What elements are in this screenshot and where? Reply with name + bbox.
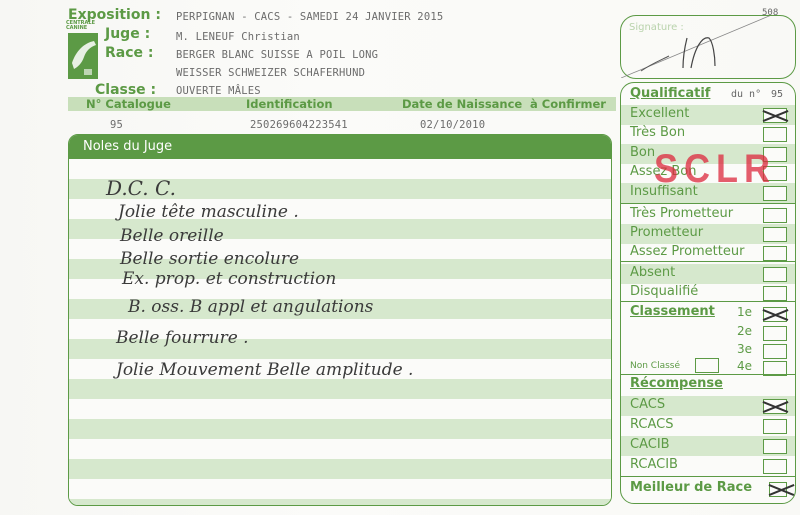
notes-header: Noles du Juge <box>69 135 611 159</box>
qualificatif-checkbox[interactable] <box>763 267 787 282</box>
recompense-row: CACIB <box>621 436 795 456</box>
meilleur-de-race-row: Meilleur de Race <box>621 479 795 499</box>
race-value-line1: BERGER BLANC SUISSE A POIL LONG <box>176 49 378 61</box>
race-value-line2: WEISSER SCHWEIZER SCHAFERHUND <box>176 67 365 79</box>
date-naissance-value: 02/10/2010 <box>420 119 485 131</box>
juge-value: M. LENEUF Christian <box>176 31 300 43</box>
qualificatif-label: Très Bon <box>630 125 685 140</box>
centrale-canine-logo <box>68 33 98 79</box>
qualificatif-label: Excellent <box>630 106 689 121</box>
place-label: 2e <box>737 324 752 338</box>
qualificatif-label: Assez Prometteur <box>630 244 744 259</box>
classement-row: 2e <box>621 323 795 343</box>
divider <box>621 203 795 204</box>
recompense-label: CACS <box>630 397 665 412</box>
recompense-checkbox[interactable] <box>763 419 787 434</box>
recompense-checkbox[interactable] <box>763 459 787 474</box>
col-identification: Identification <box>246 97 333 111</box>
qualificatif-checkbox[interactable] <box>763 227 787 242</box>
dog-silhouette-icon <box>68 33 98 79</box>
place-checkbox[interactable] <box>763 307 787 322</box>
qualificatif-label: Absent <box>630 265 675 280</box>
qualificatif-checkbox[interactable] <box>763 246 787 261</box>
exposition-value: PERPIGNAN - CACS - SAMEDI 24 JANVIER 201… <box>176 11 443 23</box>
place-checkbox[interactable] <box>763 326 787 341</box>
qualificatif-checkbox[interactable] <box>763 108 787 123</box>
qualificatif-row: Excellent <box>621 105 795 125</box>
classement-row: 1e <box>621 304 795 324</box>
qualificatif-label: Très Prometteur <box>630 206 733 221</box>
identification-value: 250269604223541 <box>250 119 348 131</box>
recompense-checkbox[interactable] <box>763 439 787 454</box>
qualificatif-title: Qualificatif <box>630 86 710 101</box>
classe-label: Classe : <box>95 82 156 98</box>
meilleur-de-race-checkbox[interactable] <box>769 482 787 497</box>
recompense-label: CACIB <box>630 437 670 452</box>
qualificatif-label: Disqualifié <box>630 284 698 299</box>
qualificatif-row: Très Bon <box>621 124 795 144</box>
qualificatif-row: Disqualifié <box>621 283 795 303</box>
recompense-row: RCACIB <box>621 456 795 476</box>
recompense-row: CACS <box>621 396 795 416</box>
note-line: D.C. C. <box>106 176 176 200</box>
sclr-stamp: SCLR <box>654 146 776 192</box>
signature-scribble-icon <box>621 16 795 78</box>
note-line: Jolie tête masculine . <box>118 202 299 222</box>
qualificatif-row: Absent <box>621 264 795 284</box>
race-label: Race : <box>105 45 154 61</box>
qualificatif-checkbox[interactable] <box>763 127 787 142</box>
place-label: 4e <box>737 359 752 373</box>
recompense-checkbox[interactable] <box>763 399 787 414</box>
note-line: B. oss. B appl et angulations <box>128 297 373 317</box>
qualificatif-label: Bon <box>630 145 655 160</box>
col-catalogue: N° Catalogue <box>86 97 171 111</box>
notes-title: Noles du Juge <box>83 139 172 154</box>
non-classe-label: Non Classé <box>630 361 680 371</box>
juge-label: Juge : <box>105 26 150 42</box>
note-line: Jolie Mouvement Belle amplitude . <box>116 360 413 380</box>
signature-box[interactable]: Signature : <box>620 15 796 79</box>
judging-sheet: 508 CENTRALE CANINE Exposition : Juge : … <box>0 0 800 515</box>
du-no-label: du n° <box>731 89 761 100</box>
note-line: Belle oreille <box>120 226 224 246</box>
col-date-naissance: Date de Naissance <box>402 97 522 111</box>
recompense-row: RCACS <box>621 416 795 436</box>
place-checkbox[interactable] <box>763 344 787 359</box>
divider <box>621 261 795 262</box>
note-line: Ex. prop. et construction <box>122 269 336 289</box>
recompense-label: RCACS <box>630 417 673 432</box>
recompense-label: RCACIB <box>630 457 678 472</box>
note-line: Belle sortie encolure <box>120 249 299 269</box>
qualificatif-checkbox[interactable] <box>763 286 787 301</box>
divider <box>621 374 795 375</box>
meilleur-de-race-label: Meilleur de Race <box>630 480 752 495</box>
divider <box>621 301 795 302</box>
catalogue-value: 95 <box>110 119 123 131</box>
col-a-confirmer: à Confirmer <box>530 97 606 111</box>
qualificatif-label: Prometteur <box>630 225 703 240</box>
divider <box>621 476 795 477</box>
note-line: Belle fourrure . <box>116 328 249 348</box>
recompense-title: Récompense <box>630 376 723 391</box>
qualificatif-row: Très Prometteur <box>621 205 795 225</box>
du-no-value: 95 <box>771 89 783 100</box>
place-label: 3e <box>737 342 752 356</box>
qualificatif-row: Assez Prometteur <box>621 243 795 263</box>
classe-value: OUVERTE MÂLES <box>176 85 261 97</box>
place-label: 1e <box>737 305 752 319</box>
qualificatif-checkbox[interactable] <box>763 208 787 223</box>
qualificatif-row: Prometteur <box>621 224 795 244</box>
exposition-label: Exposition : <box>68 7 161 23</box>
non-classe-checkbox[interactable] <box>695 358 719 373</box>
